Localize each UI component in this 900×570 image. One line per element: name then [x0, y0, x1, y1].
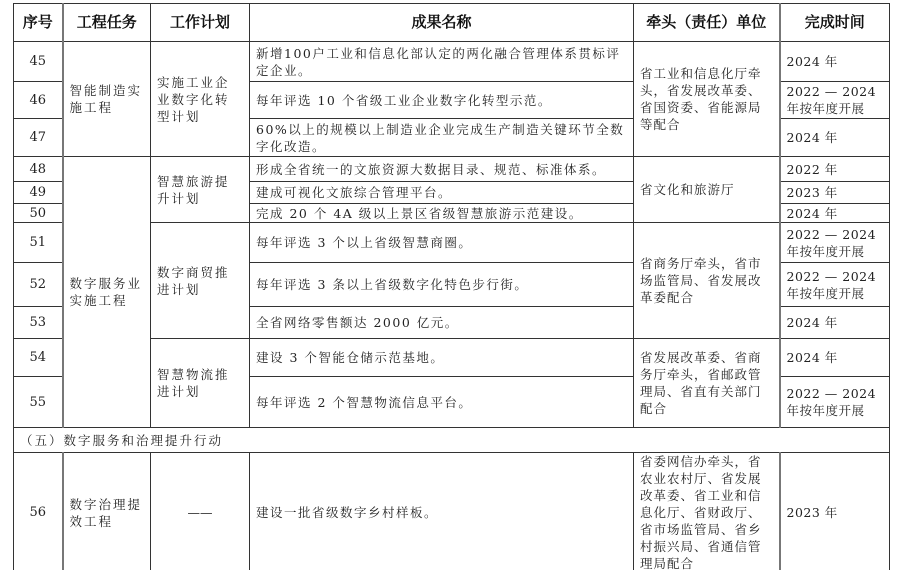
row-number: 51	[14, 223, 63, 263]
row-number: 49	[14, 182, 63, 204]
completion-time: 2022 年	[780, 157, 890, 182]
result-name: 60%以上的规模以上制造业企业完成生产制造关键环节全数字化改造。	[250, 119, 634, 157]
result-name: 完成 20 个 4A 级以上景区省级智慧旅游示范建设。	[250, 204, 634, 223]
row-number: 45	[14, 42, 63, 82]
header-plan: 工作计划	[151, 4, 250, 42]
section-row: （五）数字服务和治理提升行动	[14, 428, 890, 453]
row-number: 53	[14, 307, 63, 339]
result-name: 建设一批省级数字乡村样板。	[250, 453, 634, 570]
table-row: 56 数字治理提效工程 —— 建设一批省级数字乡村样板。 省委网信办牵头，省农业…	[14, 453, 890, 570]
lead-unit: 省商务厅牵头，省市场监管局、省发展改革委配合	[634, 223, 780, 339]
header-task: 工程任务	[63, 4, 151, 42]
completion-time: 2024 年	[780, 339, 890, 377]
result-name: 全省网络零售额达 2000 亿元。	[250, 307, 634, 339]
work-plan: 实施工业企业数字化转型计划	[151, 42, 250, 157]
result-name: 形成全省统一的文旅资源大数据目录、规范、标准体系。	[250, 157, 634, 182]
result-name: 每年评选 2 个智慧物流信息平台。	[250, 377, 634, 428]
header-row: 序号 工程任务 工作计划 成果名称 牵头（责任）单位 完成时间	[14, 4, 890, 42]
row-number: 56	[14, 453, 63, 570]
lead-unit: 省发展改革委、省商务厅牵头，省邮政管理局、省直有关部门配合	[634, 339, 780, 428]
lead-unit: 省委网信办牵头，省农业农村厅、省发展改革委、省工业和信息化厅、省财政厅、省市场监…	[634, 453, 780, 570]
row-number: 52	[14, 263, 63, 307]
project-task: 数字服务业实施工程	[63, 157, 151, 428]
result-name: 建设 3 个智能仓储示范基地。	[250, 339, 634, 377]
row-number: 55	[14, 377, 63, 428]
header-no: 序号	[14, 4, 63, 42]
completion-time: 2022 — 2024 年按年度开展	[780, 263, 890, 307]
work-plan: 数字商贸推进计划	[151, 223, 250, 339]
result-name: 新增100户工业和信息化部认定的两化融合管理体系贯标评定企业。	[250, 42, 634, 82]
result-name: 每年评选 3 个以上省级智慧商圈。	[250, 223, 634, 263]
project-task: 数字治理提效工程	[63, 453, 151, 570]
work-plan: 智慧旅游提升计划	[151, 157, 250, 223]
lead-unit: 省工业和信息化厅牵头，省发展改革委、省国资委、省能源局等配合	[634, 42, 780, 157]
result-name: 建成可视化文旅综合管理平台。	[250, 182, 634, 204]
section-title: （五）数字服务和治理提升行动	[14, 428, 890, 453]
completion-time: 2024 年	[780, 42, 890, 82]
project-task: 智能制造实施工程	[63, 42, 151, 157]
header-time: 完成时间	[780, 4, 890, 42]
lead-unit: 省文化和旅游厅	[634, 157, 780, 223]
result-name: 每年评选 10 个省级工业企业数字化转型示范。	[250, 82, 634, 119]
completion-time: 2024 年	[780, 307, 890, 339]
completion-time: 2022 — 2024 年按年度开展	[780, 223, 890, 263]
completion-time: 2022 — 2024 年按年度开展	[780, 82, 890, 119]
header-result: 成果名称	[250, 4, 634, 42]
table-row: 45 智能制造实施工程 实施工业企业数字化转型计划 新增100户工业和信息化部认…	[14, 42, 890, 82]
work-plan: ——	[151, 453, 250, 570]
header-lead: 牵头（责任）单位	[634, 4, 780, 42]
row-number: 54	[14, 339, 63, 377]
project-plan-table: 序号 工程任务 工作计划 成果名称 牵头（责任）单位 完成时间 45 智能制造实…	[13, 3, 890, 570]
result-name: 每年评选 3 条以上省级数字化特色步行街。	[250, 263, 634, 307]
completion-time: 2024 年	[780, 204, 890, 223]
row-number: 50	[14, 204, 63, 223]
completion-time: 2023 年	[780, 453, 890, 570]
completion-time: 2023 年	[780, 182, 890, 204]
completion-time: 2024 年	[780, 119, 890, 157]
row-number: 46	[14, 82, 63, 119]
row-number: 48	[14, 157, 63, 182]
table-row: 48 数字服务业实施工程 智慧旅游提升计划 形成全省统一的文旅资源大数据目录、规…	[14, 157, 890, 182]
completion-time: 2022 — 2024 年按年度开展	[780, 377, 890, 428]
work-plan: 智慧物流推进计划	[151, 339, 250, 428]
row-number: 47	[14, 119, 63, 157]
